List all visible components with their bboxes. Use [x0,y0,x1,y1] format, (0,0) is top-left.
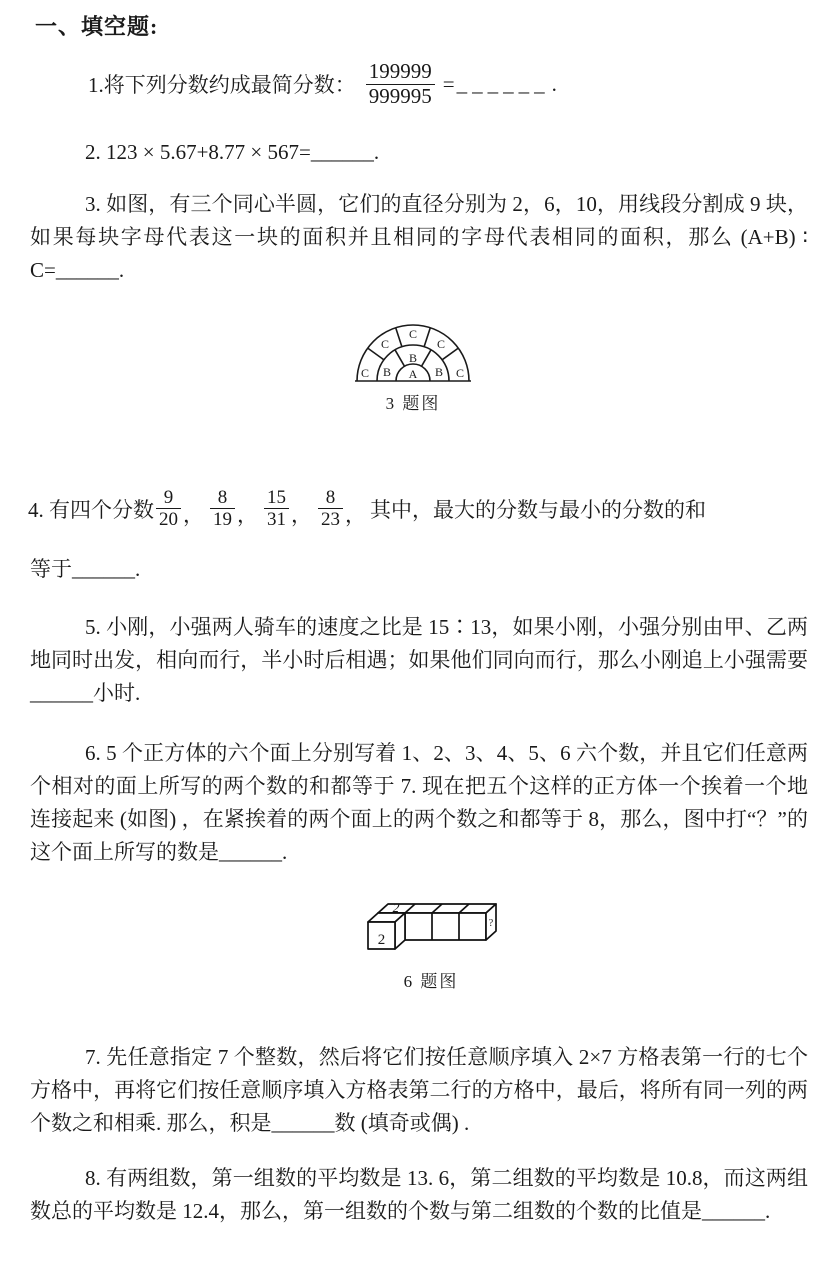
q4-fraction-1: 9 20 [156,487,181,531]
q4-comma-1: ， [183,499,204,529]
q4-comma-2: ， [237,499,258,529]
q1-answer-blank: ______ [457,72,550,97]
question-4-line-2: 等于______. [30,553,140,583]
q4-fraction-4-numerator: 8 [323,487,339,508]
q4-fraction-3-denominator: 31 [264,508,289,530]
question-6: 6. 5 个正方体的六个面上分别写着 1、2、3、4、5、6 六个数，并且它们任… [30,737,808,869]
q4-fraction-2: 8 19 [210,487,235,531]
figure-3-semicircles: A B B B C C C C C 3 题图 [349,317,477,414]
q4-prompt: 4. 有四个分数 [28,494,154,524]
figure-6-caption: 6 题图 [404,967,459,992]
region-label-B-top: B [409,351,417,365]
region-label-A: A [409,367,418,381]
cube-front-label: 2 [378,932,386,948]
region-label-C-upper-right: C [437,337,445,351]
q4-fraction-1-denominator: 20 [156,508,181,530]
region-label-C-far-left: C [361,366,369,380]
q1-fraction-denominator: 999995 [366,84,435,109]
q4-fraction-4-denominator: 23 [318,508,343,530]
figure-6-cubes: 2 2 ? 6 题图 [360,897,502,992]
region-label-C-upper-left: C [381,337,389,351]
q4-fraction-2-numerator: 8 [215,487,231,508]
q4-fraction-3-numerator: 15 [264,487,289,508]
question-7: 7. 先任意指定 7 个整数，然后将它们按任意顺序填入 2×7 方格表第一行的七… [30,1041,808,1140]
semicircle-diagram: A B B B C C C C C [349,317,477,385]
question-2: 2. 123 × 5.67+8.77 × 567=______. [30,136,808,169]
figure-3-caption: 3 题图 [386,389,441,414]
q4-fraction-4: 8 23 [318,487,343,531]
question-1: 1.将下列分数约成最简分数： 199999 999995 = ______ . [88,60,557,108]
q4-comma-3: ， [291,499,312,529]
cube-end-question-mark: ? [489,918,494,929]
section-title: 一、填空题: [35,10,158,41]
q4-fraction-2-denominator: 19 [210,508,235,530]
cubes-diagram: 2 2 ? [360,897,502,963]
q4-comma-4: ， [345,499,366,529]
region-label-B-right: B [435,365,443,379]
q1-equals-sign: = [443,72,455,97]
q1-fraction: 199999 999995 [366,60,435,108]
region-label-C-far-right: C [456,366,464,380]
question-5: 5. 小刚，小强两人骑车的速度之比是 15∶13，如果小刚，小强分别由甲、乙两地… [30,611,808,710]
q4-fraction-3: 15 31 [264,487,289,531]
worksheet-page: { "colors": {"background": "#ffffff", "t… [0,0,826,1276]
region-label-B-left: B [383,365,391,379]
q1-fraction-numerator: 199999 [366,60,435,84]
q4-suffix: 其中，最大的分数与最小的分数的和 [370,494,706,524]
q1-period: . [552,72,557,97]
question-8: 8. 有两组数，第一组数的平均数是 13. 6，第二组数的平均数是 10.8，而… [30,1162,808,1228]
q1-prompt: 1.将下列分数约成最简分数： [88,69,356,99]
region-label-C-top: C [409,327,417,341]
question-4-line-1: 4. 有四个分数 9 20 ， 8 19 ， 15 31 ， 8 23 ， 其中… [28,487,706,531]
question-3: 3. 如图，有三个同心半圆，它们的直径分别为 2，6，10，用线段分割成 9 块… [30,188,808,287]
q4-fraction-1-numerator: 9 [161,487,177,508]
